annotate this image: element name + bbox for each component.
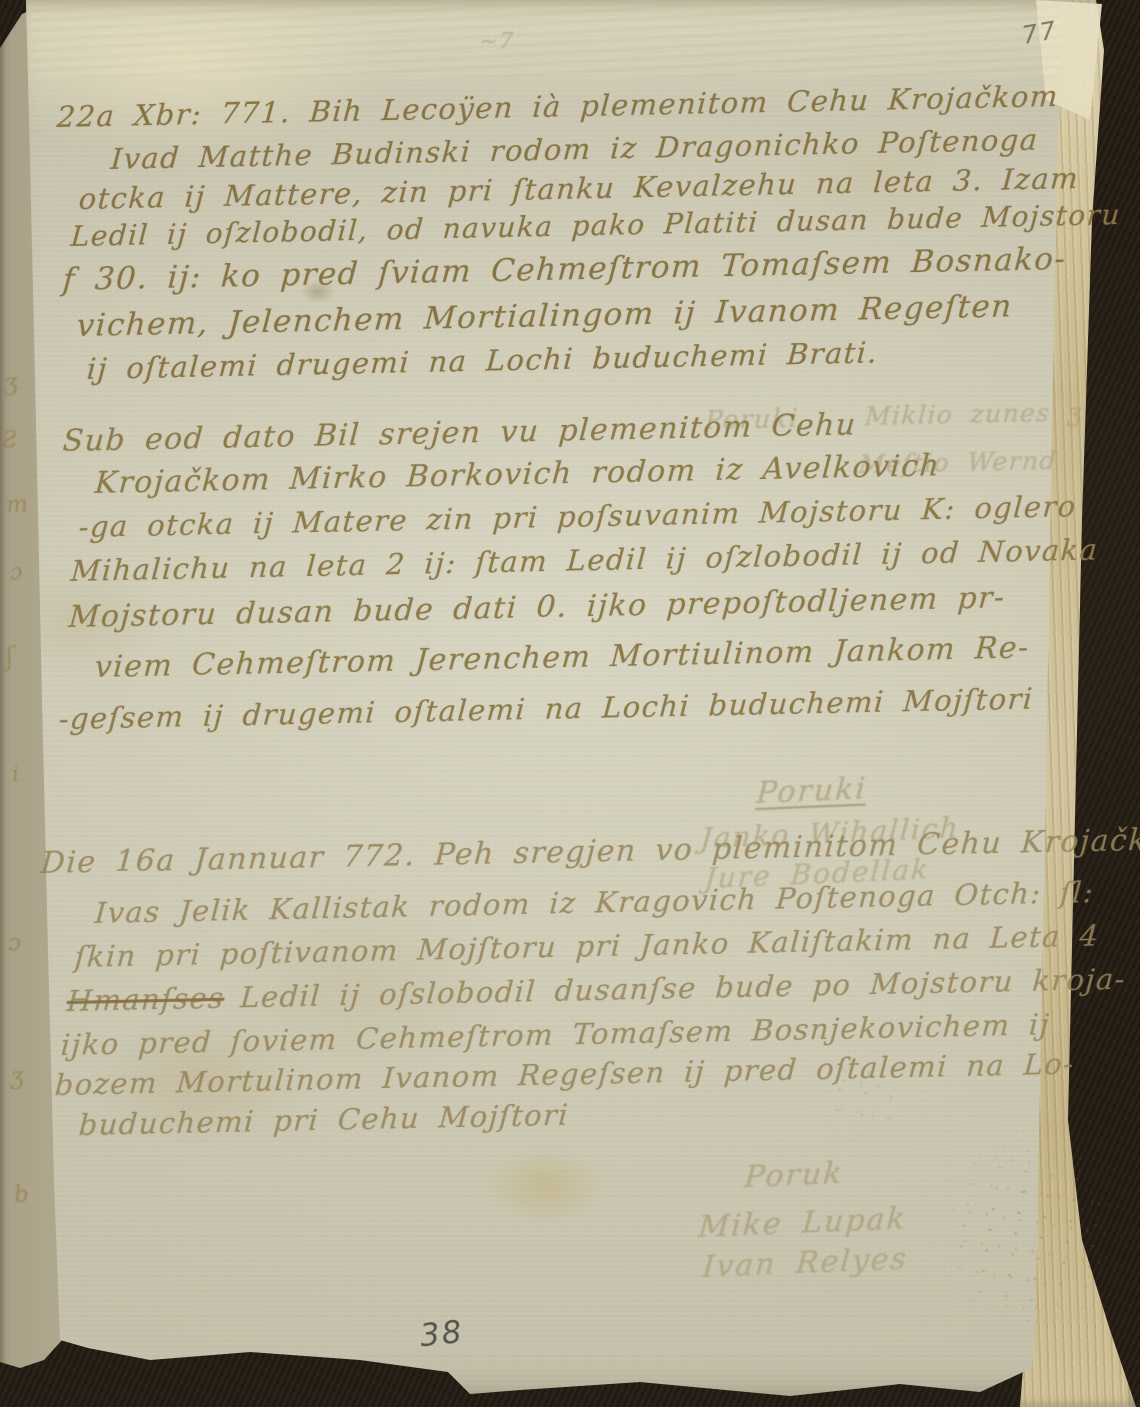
manuscript-photo: ʒ Ƨ m ɔ ʃ i ɔ ʒ b ~7 77 38 22a Xbr: 771.… — [0, 0, 1140, 1407]
struck-word: Hmanſses — [66, 981, 226, 1018]
edge-text-fragment: ʒ — [3, 368, 18, 397]
ink-speckles — [909, 1105, 1140, 1359]
ink-mark: ~7 — [478, 29, 515, 55]
edge-text-fragment: Ƨ — [1, 428, 18, 454]
marginal-note: Miklio zunes ʒ — [864, 397, 1084, 431]
edge-text-fragment: ʒ — [9, 1062, 24, 1091]
edge-text-fragment: m — [5, 491, 29, 518]
witnesses-heading: Poruk — [743, 1156, 845, 1195]
witnesses-heading: Poruki — [755, 771, 868, 811]
folio-number-pencil: 77 — [1020, 15, 1060, 50]
edge-text-fragment: ɔ — [9, 560, 23, 586]
edge-text-fragment: b — [13, 1182, 30, 1209]
page-number-pencil: 38 — [418, 1314, 465, 1354]
edge-text-fragment: ɔ — [7, 930, 22, 957]
